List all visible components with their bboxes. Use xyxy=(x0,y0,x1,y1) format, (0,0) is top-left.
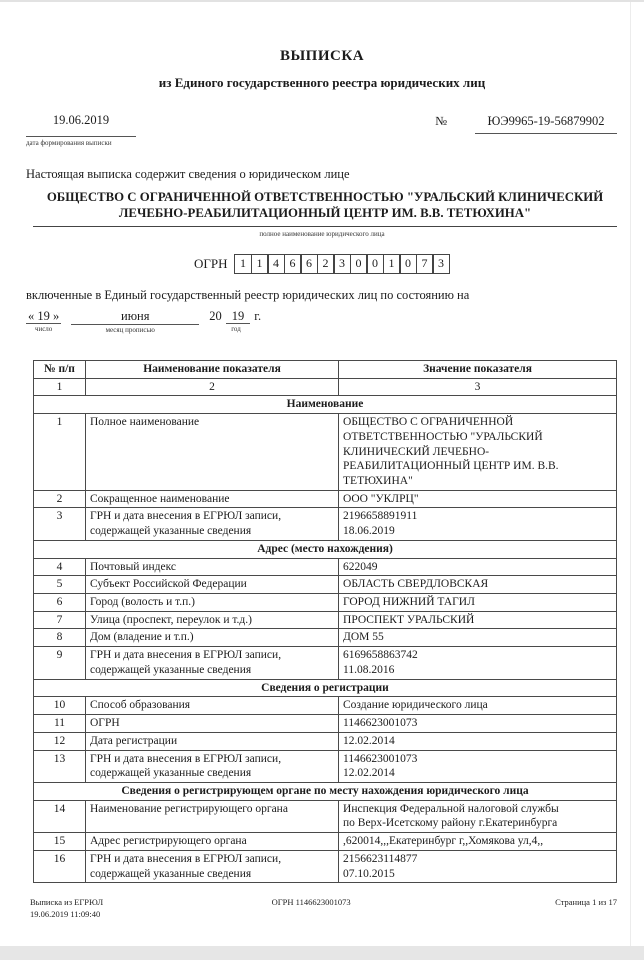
as-of-month-segment: июня месяц прописью xyxy=(61,309,199,334)
footer-timestamp: 19.06.2019 11:09:40 xyxy=(30,909,103,920)
cell-num: 8 xyxy=(34,629,86,647)
scan-bottom-edge xyxy=(0,946,644,960)
cell-value: Создание юридического лица xyxy=(339,697,617,715)
header-cell-num: № п/п xyxy=(34,360,86,378)
cell-num: 15 xyxy=(34,833,86,851)
table-row: 15Адрес регистрирующего органа,620014,,,… xyxy=(34,833,617,851)
formation-date-caption: дата формирования выписки xyxy=(26,139,136,147)
cell-name: Дата регистрации xyxy=(85,732,338,750)
as-of-year-caption: год xyxy=(222,325,251,333)
ogrn-digit-box: 4 xyxy=(267,254,285,274)
cell-num: 13 xyxy=(34,750,86,782)
cell-num: 6 xyxy=(34,594,86,612)
cell-value: ДОМ 55 xyxy=(339,629,617,647)
ogrn-digit-box: 3 xyxy=(432,254,450,274)
footer-left: Выписка из ЕГРЮЛ 19.06.2019 11:09:40 xyxy=(30,897,103,920)
as-of-year-suffix: г. xyxy=(254,309,261,324)
table-section-row: Сведения о регистрирующем органе по мест… xyxy=(34,782,617,800)
section-title: Наименование xyxy=(34,396,617,414)
number-sign: № xyxy=(435,114,447,129)
table-row: 8Дом (владение и т.п.)ДОМ 55 xyxy=(34,629,617,647)
table-row: 12Дата регистрации12.02.2014 xyxy=(34,732,617,750)
ogrn-digit-box: 1 xyxy=(383,254,401,274)
as-of-date-row: « 19 » число июня месяц прописью 20 19 г… xyxy=(26,309,617,334)
footer-doc-type: Выписка из ЕГРЮЛ xyxy=(30,897,103,908)
cell-value: 2196658891911 18.06.2019 xyxy=(339,508,617,540)
ogrn-digit-boxes: 1146623001073 xyxy=(236,254,451,274)
header-cell-value: Значение показателя xyxy=(339,360,617,378)
cell-value: 12.02.2014 xyxy=(339,732,617,750)
table-section-row: Адрес (место нахождения) xyxy=(34,540,617,558)
cell-num: 1 xyxy=(34,414,86,491)
table-row: 2Сокращенное наименованиеООО "УКЛРЦ" xyxy=(34,490,617,508)
ogrn-row: ОГРН 1146623001073 xyxy=(0,254,644,274)
as-of-year-segment: 19 год xyxy=(222,309,251,333)
cell-value: ,620014,,,Екатеринбург г,,Хомякова ул,4,… xyxy=(339,833,617,851)
table-header-row: № п/п Наименование показателя Значение п… xyxy=(34,360,617,378)
ogrn-digit-box: 0 xyxy=(399,254,417,274)
table-row: 10Способ образованияСоздание юридическог… xyxy=(34,697,617,715)
cell-name: ГРН и дата внесения в ЕГРЮЛ записи, соде… xyxy=(85,750,338,782)
cell-num: 11 xyxy=(34,715,86,733)
meta-row: 19.06.2019 дата формирования выписки № Ю… xyxy=(26,113,617,147)
included-line: включенные в Единый государственный реес… xyxy=(26,288,617,303)
cell-value: ГОРОД НИЖНИЙ ТАГИЛ xyxy=(339,594,617,612)
cell-num: 10 xyxy=(34,697,86,715)
cell-value: 622049 xyxy=(339,558,617,576)
colnum-3: 3 xyxy=(339,378,617,396)
cell-name: Наименование регистрирующего органа xyxy=(85,800,338,832)
colnum-1: 1 xyxy=(34,378,86,396)
organization-name-caption: полное наименование юридического лица xyxy=(0,230,644,238)
cell-num: 16 xyxy=(34,850,86,882)
cell-name: Улица (проспект, переулок и т.д.) xyxy=(85,611,338,629)
table-row: 5Субъект Российской ФедерацииОБЛАСТЬ СВЕ… xyxy=(34,576,617,594)
table-row: 1Полное наименованиеОБЩЕСТВО С ОГРАНИЧЕН… xyxy=(34,414,617,491)
table-row: 9ГРН и дата внесения в ЕГРЮЛ записи, сод… xyxy=(34,647,617,679)
cell-name: Способ образования xyxy=(85,697,338,715)
egrul-table-body: Наименование1Полное наименованиеОБЩЕСТВО… xyxy=(34,396,617,883)
cell-name: ГРН и дата внесения в ЕГРЮЛ записи, соде… xyxy=(85,647,338,679)
cell-name: Субъект Российской Федерации xyxy=(85,576,338,594)
organization-full-name: ОБЩЕСТВО С ОГРАНИЧЕННОЙ ОТВЕТСТВЕННОСТЬЮ… xyxy=(33,190,617,227)
page-footer: Выписка из ЕГРЮЛ 19.06.2019 11:09:40 ОГР… xyxy=(30,897,617,920)
table-section-row: Наименование xyxy=(34,396,617,414)
cell-value: ООО "УКЛРЦ" xyxy=(339,490,617,508)
cell-value: 2156623114877 07.10.2015 xyxy=(339,850,617,882)
cell-num: 9 xyxy=(34,647,86,679)
cell-value: 6169658863742 11.08.2016 xyxy=(339,647,617,679)
ogrn-digit-box: 2 xyxy=(317,254,335,274)
document-title: ВЫПИСКА xyxy=(0,2,644,65)
cell-num: 4 xyxy=(34,558,86,576)
formation-date: 19.06.2019 xyxy=(26,113,136,137)
section-title: Сведения о регистрирующем органе по мест… xyxy=(34,782,617,800)
table-colnum-row: 1 2 3 xyxy=(34,378,617,396)
document-subtitle: из Единого государственного реестра юрид… xyxy=(0,75,644,91)
ogrn-digit-box: 7 xyxy=(416,254,434,274)
cell-num: 5 xyxy=(34,576,86,594)
section-title: Сведения о регистрации xyxy=(34,679,617,697)
cell-name: ОГРН xyxy=(85,715,338,733)
cell-name: Полное наименование xyxy=(85,414,338,491)
document-page: ВЫПИСКА из Единого государственного реес… xyxy=(0,0,644,946)
ogrn-label: ОГРН xyxy=(194,256,228,272)
cell-num: 2 xyxy=(34,490,86,508)
footer-page-number: Страница 1 из 17 xyxy=(555,897,617,908)
egrul-table: № п/п Наименование показателя Значение п… xyxy=(33,360,617,883)
cell-value: ПРОСПЕКТ УРАЛЬСКИЙ xyxy=(339,611,617,629)
cell-value: ОБЩЕСТВО С ОГРАНИЧЕННОЙ ОТВЕТСТВЕННОСТЬЮ… xyxy=(339,414,617,491)
ogrn-digit-box: 3 xyxy=(333,254,351,274)
cell-num: 3 xyxy=(34,508,86,540)
cell-name: ГРН и дата внесения в ЕГРЮЛ записи, соде… xyxy=(85,850,338,882)
cell-num: 12 xyxy=(34,732,86,750)
as-of-month-caption: месяц прописью xyxy=(61,326,199,334)
cell-name: ГРН и дата внесения в ЕГРЮЛ записи, соде… xyxy=(85,508,338,540)
ogrn-digit-box: 1 xyxy=(251,254,269,274)
ogrn-digit-box: 6 xyxy=(284,254,302,274)
egrul-table-head: № п/п Наименование показателя Значение п… xyxy=(34,360,617,395)
table-row: 7Улица (проспект, переулок и т.д.)ПРОСПЕ… xyxy=(34,611,617,629)
ogrn-digit-box: 0 xyxy=(366,254,384,274)
table-row: 4Почтовый индекс622049 xyxy=(34,558,617,576)
cell-name: Город (волость и т.п.) xyxy=(85,594,338,612)
as-of-month: июня xyxy=(71,309,199,325)
table-section-row: Сведения о регистрации xyxy=(34,679,617,697)
table-row: 16ГРН и дата внесения в ЕГРЮЛ записи, со… xyxy=(34,850,617,882)
as-of-year: 19 xyxy=(226,309,251,324)
ogrn-digit-box: 6 xyxy=(300,254,318,274)
cell-name: Сокращенное наименование xyxy=(85,490,338,508)
table-row: 6Город (волость и т.п.)ГОРОД НИЖНИЙ ТАГИ… xyxy=(34,594,617,612)
cell-value: ОБЛАСТЬ СВЕРДЛОВСКАЯ xyxy=(339,576,617,594)
cell-value: 1146623001073 12.02.2014 xyxy=(339,750,617,782)
section-title: Адрес (место нахождения) xyxy=(34,540,617,558)
footer-ogrn: ОГРН 1146623001073 xyxy=(272,897,351,908)
extract-number: ЮЭ9965-19-56879902 xyxy=(475,113,617,134)
table-row: 14Наименование регистрирующего органаИнс… xyxy=(34,800,617,832)
as-of-day: « 19 » xyxy=(26,309,61,324)
cell-num: 7 xyxy=(34,611,86,629)
table-row: 13ГРН и дата внесения в ЕГРЮЛ записи, со… xyxy=(34,750,617,782)
ogrn-digit-box: 1 xyxy=(234,254,252,274)
as-of-century: 20 xyxy=(209,309,222,324)
extract-number-block: № ЮЭ9965-19-56879902 xyxy=(435,113,617,134)
as-of-day-segment: « 19 » число xyxy=(26,309,61,333)
cell-name: Дом (владение и т.п.) xyxy=(85,629,338,647)
cell-name: Адрес регистрирующего органа xyxy=(85,833,338,851)
header-cell-name: Наименование показателя xyxy=(85,360,338,378)
ogrn-digit-box: 0 xyxy=(350,254,368,274)
cell-value: Инспекция Федеральной налоговой службы п… xyxy=(339,800,617,832)
intro-line: Настоящая выписка содержит сведения о юр… xyxy=(26,167,617,182)
cell-num: 14 xyxy=(34,800,86,832)
as-of-day-caption: число xyxy=(26,325,61,333)
cell-value: 1146623001073 xyxy=(339,715,617,733)
cell-name: Почтовый индекс xyxy=(85,558,338,576)
table-row: 3ГРН и дата внесения в ЕГРЮЛ записи, сод… xyxy=(34,508,617,540)
table-row: 11ОГРН1146623001073 xyxy=(34,715,617,733)
formation-date-block: 19.06.2019 дата формирования выписки xyxy=(26,113,136,147)
colnum-2: 2 xyxy=(85,378,338,396)
